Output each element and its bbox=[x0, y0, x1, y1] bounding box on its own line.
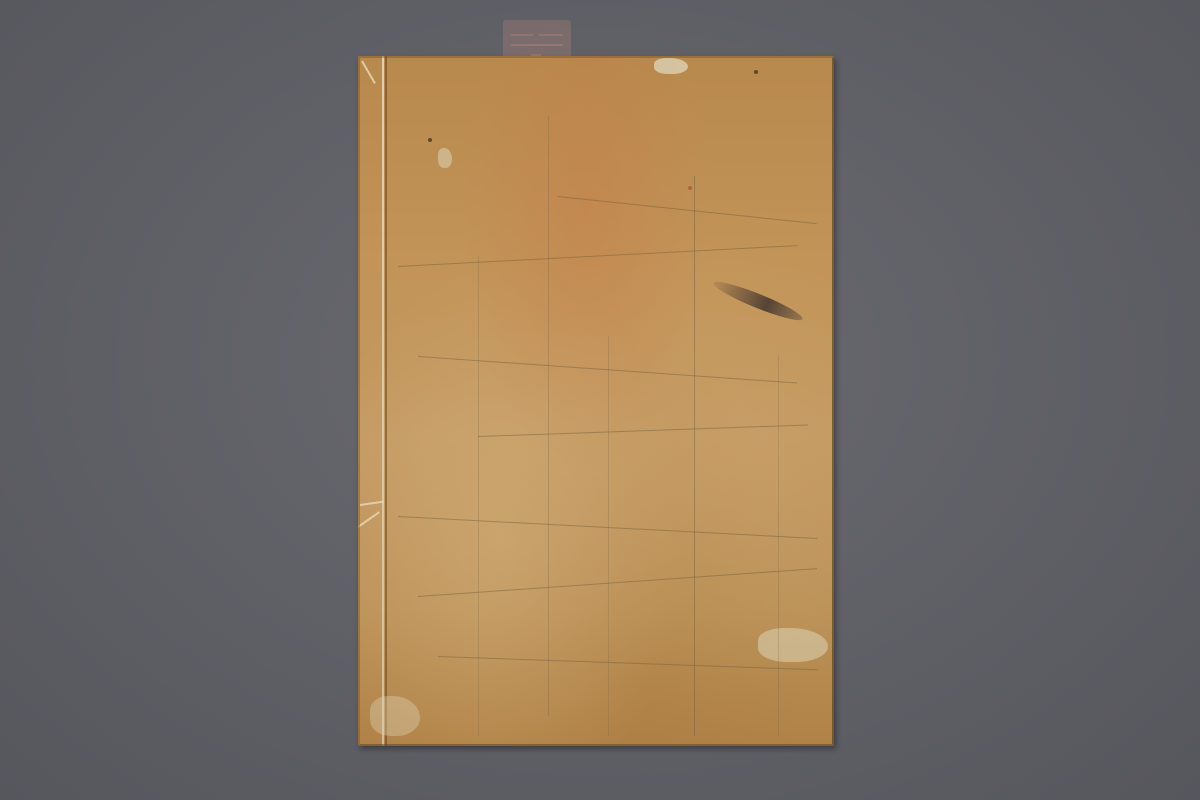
worn-patch bbox=[438, 148, 452, 168]
ink-smudge bbox=[711, 277, 805, 326]
top-stitch bbox=[361, 61, 376, 85]
stitch-loop-2 bbox=[358, 511, 380, 528]
book-cover: Antique stitch-bound book, front cover bbox=[358, 56, 834, 746]
worn-patch bbox=[758, 628, 828, 662]
binding-thread bbox=[382, 56, 384, 746]
archive-tag-label: Archive reference tag (illegible) bbox=[503, 20, 504, 21]
stitch-loop bbox=[360, 501, 384, 506]
worn-patch bbox=[370, 696, 420, 736]
worn-patch bbox=[654, 58, 688, 74]
binding-fold bbox=[385, 56, 387, 746]
book-label: Antique stitch-bound book, front cover bbox=[358, 56, 359, 57]
